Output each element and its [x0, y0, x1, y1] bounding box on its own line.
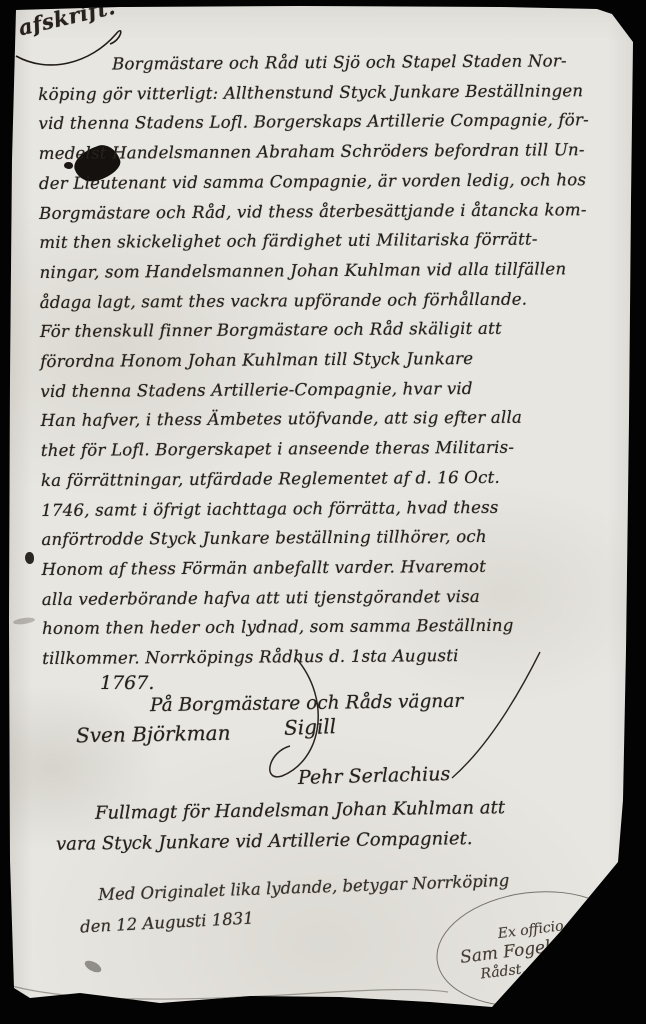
pen-flourish-right — [452, 652, 540, 778]
paper: afskrift. Borgmästare och Råd uti Sjö oc… — [0, 0, 646, 1024]
manuscript-photo: afskrift. Borgmästare och Råd uti Sjö oc… — [0, 0, 646, 1024]
bottom-crease-line — [12, 986, 448, 999]
pen-flourish-left — [270, 658, 318, 777]
flourish-overlay — [0, 0, 646, 1024]
afskrift-underline-flourish — [16, 31, 121, 65]
